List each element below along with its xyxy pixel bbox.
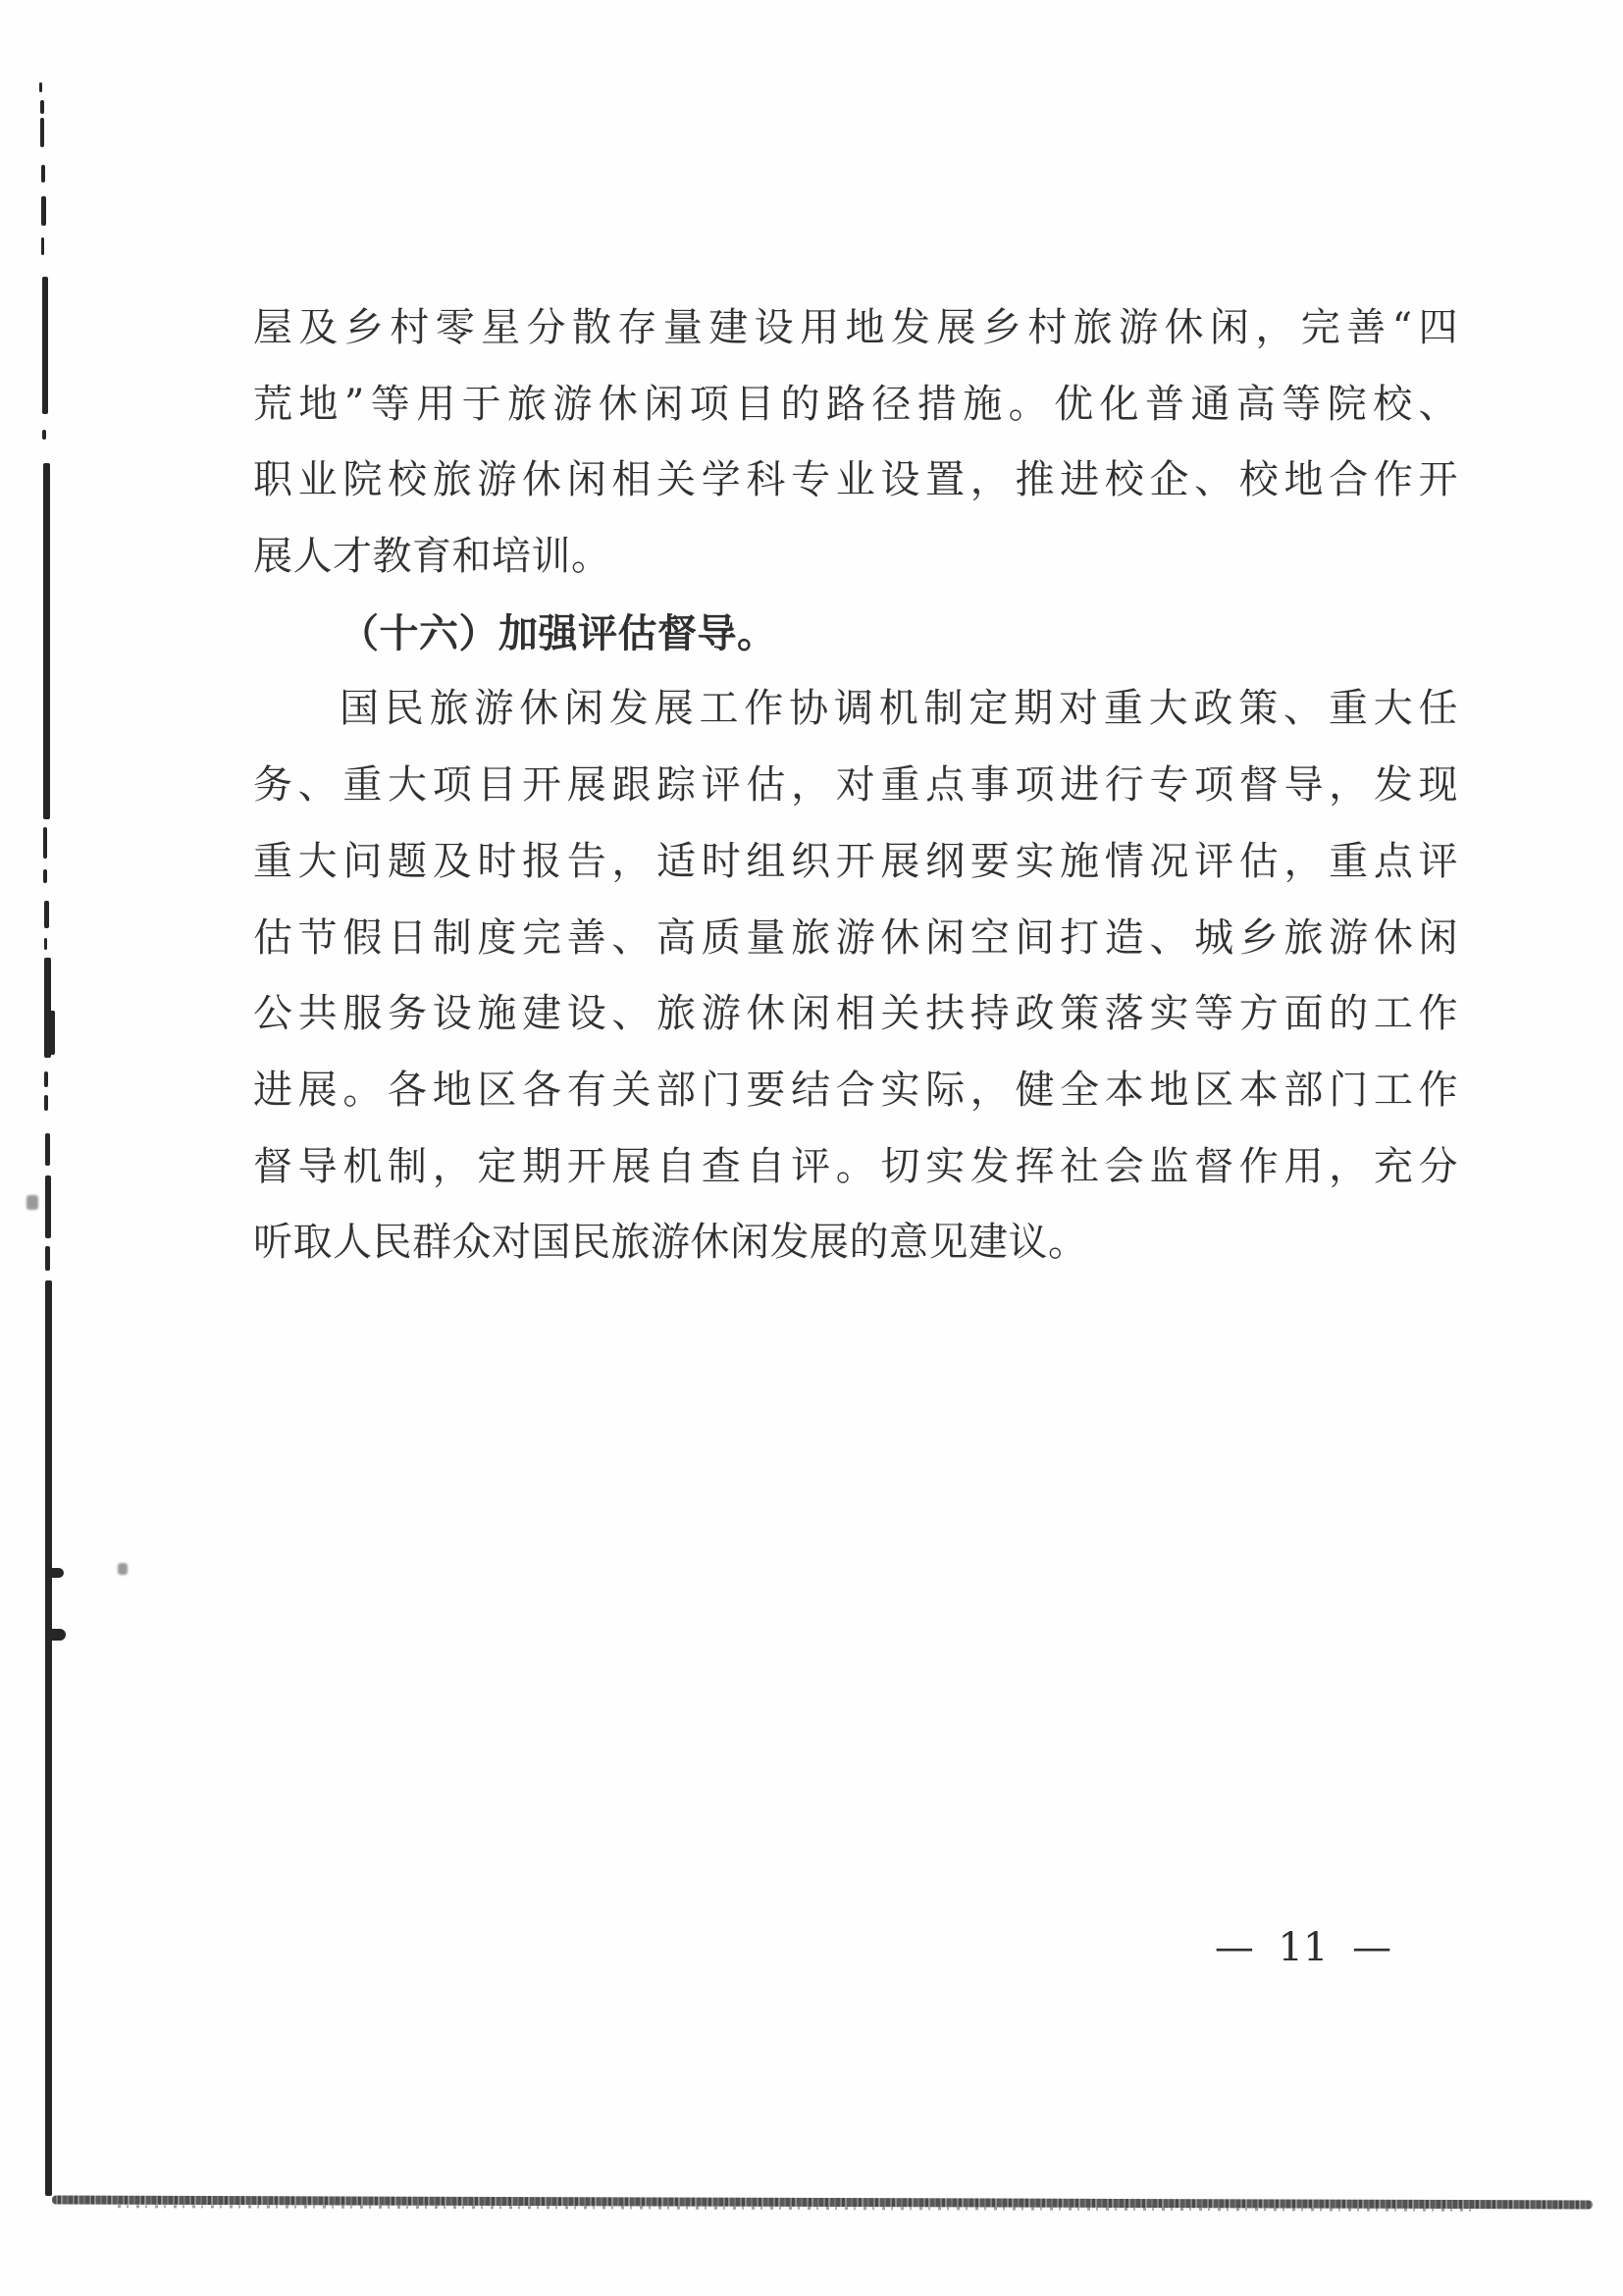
text-line: 督导机制，定期开展自查自评。切实发挥社会监督作用，充分: [253, 1129, 1458, 1206]
text-line: 屋及乡村零星分散存量建设用地发展乡村旅游休闲，完善“四: [253, 290, 1458, 367]
text-line: 重大问题及时报告，适时组织开展纲要实施情况评估，重点评: [253, 824, 1458, 901]
section-heading: （十六）加强评估督导。: [253, 596, 1458, 672]
scan-mark: [46, 1011, 55, 1055]
scan-mark: [45, 1280, 52, 2196]
scan-mark: [40, 118, 44, 147]
text-line: 公共服务设施建设、旅游休闲相关扶持政策落实等方面的工作: [253, 976, 1458, 1053]
scan-mark: [42, 277, 48, 414]
scan-mark: [44, 1095, 48, 1111]
scan-mark: [45, 1133, 50, 1166]
text-line: 职业院校旅游休闲相关学科专业设置，推进校企、校地合作开: [253, 443, 1458, 519]
scan-mark: [44, 901, 49, 928]
text-line: 展人才教育和培训。: [253, 519, 1458, 596]
text-line: 务、重大项目开展跟踪评估，对重点事项进行专项督导，发现: [253, 748, 1458, 824]
scan-mark: [40, 100, 44, 114]
scan-mark: [45, 1246, 50, 1271]
text-line: 听取人民群众对国民旅游休闲发展的意见建议。: [253, 1205, 1458, 1281]
scan-smudge: [118, 1563, 128, 1575]
document-body: 屋及乡村零星分散存量建设用地发展乡村旅游休闲，完善“四 荒地”等用于旅游休闲项目…: [253, 290, 1458, 1281]
scan-mark: [50, 1568, 64, 1578]
scan-mark: [39, 82, 42, 92]
scan-mark: [41, 237, 44, 255]
page-number: — 11 —: [1205, 1925, 1401, 1970]
text-line: 估节假日制度完善、高质量旅游休闲空间打造、城乡旅游休闲: [253, 901, 1458, 977]
scan-mark: [43, 827, 47, 859]
scan-mark: [43, 463, 50, 819]
scan-mark: [44, 1071, 48, 1087]
scan-mark: [42, 430, 46, 440]
scan-mark: [43, 869, 47, 883]
scan-smudge: [26, 1195, 38, 1210]
text-line: 荒地”等用于旅游休闲项目的路径措施。优化普通高等院校、: [253, 367, 1458, 444]
text-line: 国民旅游休闲发展工作协调机制定期对重大政策、重大任: [253, 671, 1458, 748]
scan-mark: [44, 938, 47, 950]
scan-mark: [41, 165, 45, 183]
text-line: 进展。各地区各有关部门要结合实际，健全本地区本部门工作: [253, 1053, 1458, 1129]
scan-mark: [41, 196, 46, 226]
scan-mark: [45, 1175, 51, 1238]
scan-mark: [50, 1629, 66, 1641]
scanned-document-page: 屋及乡村零星分散存量建设用地发展乡村旅游休闲，完善“四 荒地”等用于旅游休闲项目…: [0, 0, 1623, 2296]
